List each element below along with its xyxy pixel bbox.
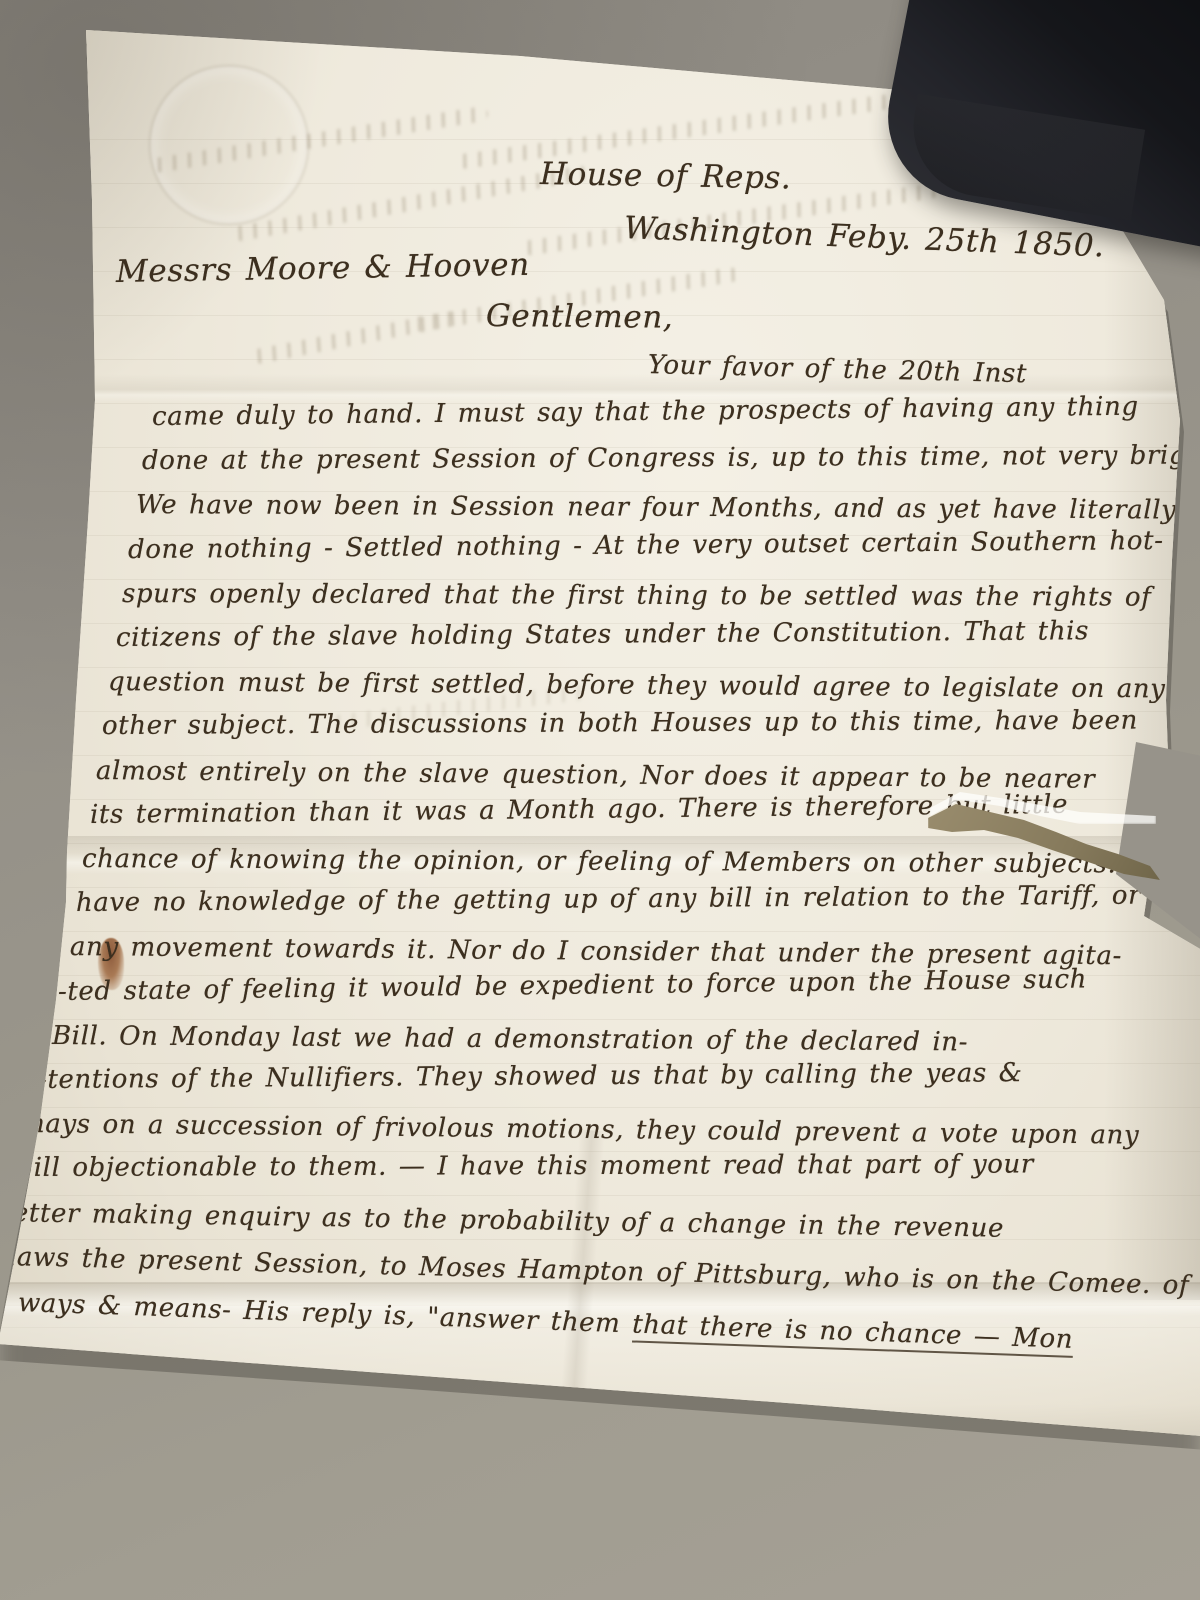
letter-body-line: done at the present Session of Congress … — [142, 441, 1200, 477]
photo-of-handwritten-letter: House of Reps. Washington Feby. 25th 185… — [0, 0, 1200, 1600]
letter-body-line: spurs openly declared that the first thi… — [122, 579, 1152, 613]
letter-body-line: other subject. The discussions in both H… — [102, 706, 1138, 741]
letter-body-line: We have now been in Session near four Mo… — [136, 490, 1177, 525]
letter-body-line: chance of knowing the opinion, or feelin… — [82, 844, 1139, 880]
letter-body-line: Bill. On Monday last we had a demonstrat… — [52, 1021, 968, 1057]
letter-salutation: Gentlemen, — [486, 298, 674, 336]
letter-recipient: Messrs Moore & Hooven — [116, 247, 530, 290]
letter-body-line: Bill objectionable to them. — I have thi… — [14, 1150, 1034, 1184]
letter-heading-place: House of Reps. — [540, 156, 792, 196]
